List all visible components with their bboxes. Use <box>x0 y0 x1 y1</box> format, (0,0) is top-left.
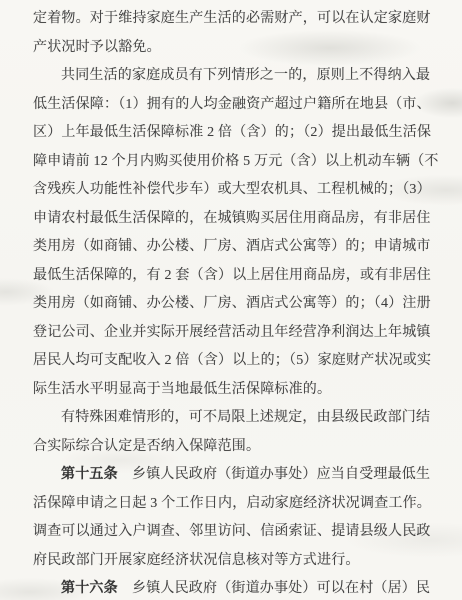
line-text: 含残疾人功能性补偿代步车）或大型农机具、工程机械的；（3） <box>33 182 431 197</box>
line-text: 共同生活的家庭成员有下列情形之一的，原则上不得纳入最 <box>61 68 430 83</box>
line-text: 乡镇人民政府（街道办事处）可以在村（居）民 <box>118 581 430 596</box>
text-line: 合实际综合认定是否纳入保障范围。 <box>33 433 434 462</box>
line-text: 乡镇人民政府（街道办事处）应当自受理最低生 <box>118 467 430 482</box>
text-line: 调查可以通过入户调查、邻里访问、信函索证、提请县级人民政 <box>33 518 434 547</box>
line-text: 调查可以通过入户调查、邻里访问、信函索证、提请县级人民政 <box>33 524 431 539</box>
document-page: 定着物。对于维持家庭生产生活的必需财产，可以在认定家庭财 产状况时予以豁免。 共… <box>0 0 462 600</box>
article-number: 第十五条 <box>61 467 118 482</box>
document-lines: 定着物。对于维持家庭生产生活的必需财产，可以在认定家庭财 产状况时予以豁免。 共… <box>33 5 434 600</box>
text-line: 有特殊困难情形的，可不局限上述规定，由县级民政部门结 <box>33 404 434 433</box>
text-line: 居民人均可支配收入 2 倍（含）以上的；（5）家庭财产状况或实 <box>33 347 434 376</box>
line-text: 障申请前 12 个月内购买使用价格 5 万元（含）以上机动车辆（不 <box>33 154 439 169</box>
line-text: 类用房（如商铺、办公楼、厂房、酒店式公寓等）的；（4）注册 <box>33 296 431 311</box>
line-text: 最低生活保障的，有 2 套（含）以上居住用商品房，或有非居住 <box>33 268 431 283</box>
text-line: 类用房（如商铺、办公楼、厂房、酒店式公寓等）的；（4）注册 <box>33 290 434 319</box>
text-line: 登记公司、企业并实际开展经营活动且年经营净利润达上年城镇 <box>33 319 434 348</box>
scanned-document: { "colors": { "page_background": "#f7f6f… <box>0 0 462 600</box>
text-line: 定着物。对于维持家庭生产生活的必需财产，可以在认定家庭财 <box>33 5 434 34</box>
line-text: 低生活保障：（1）拥有的人均金融资产超过户籍所在地县（市、 <box>33 97 431 112</box>
text-line: 含残疾人功能性补偿代步车）或大型农机具、工程机械的；（3） <box>33 176 434 205</box>
line-text: 有特殊困难情形的，可不局限上述规定，由县级民政部门结 <box>61 410 430 425</box>
line-text: 活保障申请之日起 3 个工作日内，启动家庭经济状况调查工作。 <box>33 496 431 511</box>
line-text: 府民政部门开展家庭经济状况信息核对等方式进行。 <box>33 553 360 568</box>
text-line: 申请农村最低生活保障的，在城镇购买居住用商品房，有非居住 <box>33 205 434 234</box>
article-number: 第十六条 <box>61 581 118 596</box>
text-line: 障申请前 12 个月内购买使用价格 5 万元（含）以上机动车辆（不 <box>33 148 434 177</box>
text-line: 活保障申请之日起 3 个工作日内，启动家庭经济状况调查工作。 <box>33 490 434 519</box>
text-line: 区）上年最低生活保障标准 2 倍（含）的；（2）提出最低生活保 <box>33 119 434 148</box>
line-text: 类用房（如商铺、办公楼、厂房、酒店式公寓等）的；申请城市 <box>33 239 431 254</box>
text-line: 产状况时予以豁免。 <box>33 34 434 63</box>
line-text: 产状况时予以豁免。 <box>33 40 161 55</box>
text-line: 最低生活保障的，有 2 套（含）以上居住用商品房，或有非居住 <box>33 262 434 291</box>
text-line: 类用房（如商铺、办公楼、厂房、酒店式公寓等）的；申请城市 <box>33 233 434 262</box>
line-text: 登记公司、企业并实际开展经营活动且年经营净利润达上年城镇 <box>33 325 431 340</box>
line-text: 申请农村最低生活保障的，在城镇购买居住用商品房，有非居住 <box>33 211 431 226</box>
line-text: 合实际综合认定是否纳入保障范围。 <box>33 439 260 454</box>
line-text: 际生活水平明显高于当地最低生活保障标准的。 <box>33 382 331 397</box>
text-line: 第十六条 乡镇人民政府（街道办事处）可以在村（居）民 <box>33 575 434 600</box>
text-line: 低生活保障：（1）拥有的人均金融资产超过户籍所在地县（市、 <box>33 91 434 120</box>
text-line: 际生活水平明显高于当地最低生活保障标准的。 <box>33 376 434 405</box>
text-line: 共同生活的家庭成员有下列情形之一的，原则上不得纳入最 <box>33 62 434 91</box>
text-line: 府民政部门开展家庭经济状况信息核对等方式进行。 <box>33 547 434 576</box>
line-text: 区）上年最低生活保障标准 2 倍（含）的；（2）提出最低生活保 <box>33 125 431 140</box>
line-text: 定着物。对于维持家庭生产生活的必需财产，可以在认定家庭财 <box>33 11 431 26</box>
line-text: 居民人均可支配收入 2 倍（含）以上的；（5）家庭财产状况或实 <box>33 353 431 368</box>
text-line: 第十五条 乡镇人民政府（街道办事处）应当自受理最低生 <box>33 461 434 490</box>
